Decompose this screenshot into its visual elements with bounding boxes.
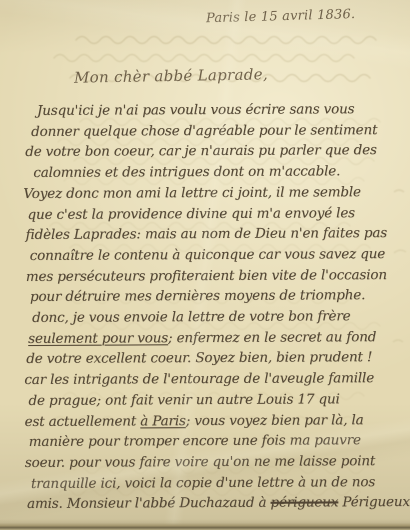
letter-salutation: Mon chèr abbé Laprade, — [74, 65, 268, 86]
letter-line: est actuellement à Paris; vous voyez bie… — [25, 410, 403, 433]
letter-page: Paris le 15 avril 1836. Mon chèr abbé La… — [0, 0, 410, 530]
letter-text-segment: est actuellement — [25, 413, 141, 430]
letter-dateline: Paris le 15 avril 1836. — [206, 7, 366, 26]
paper-bottom-edge — [0, 519, 410, 530]
letter-text-segment: ; enfermez en le secret au fond — [168, 329, 376, 346]
letter-text-segment: donner quelque chose d'agréable pour le … — [31, 122, 377, 140]
letter-text-segment: périgueux — [270, 495, 338, 511]
letter-line: amis. Monsieur l'abbé Duchazaud à périgu… — [25, 492, 403, 515]
letter-line: manière pour tromper encore une fois ma … — [25, 430, 403, 453]
letter-text-segment: connaître le contenu à quiconque car vou… — [30, 246, 385, 264]
letter-text-segment: donc, je vous envoie la lettre de votre … — [32, 308, 351, 326]
letter-text-segment: Périgueux — [338, 494, 410, 510]
letter-line: calomnies et des intrigues dont on m'acc… — [23, 161, 401, 184]
letter-text-segment: de votre bon coeur, car je n'aurais pu p… — [25, 143, 377, 161]
letter-body: Jusqu'ici je n'ai pas voulu vous écrire … — [23, 99, 403, 515]
letter-text-segment: car les intrigants de l'entourage de l'a… — [24, 370, 374, 388]
letter-line: fidèles Laprades: mais au nom de Dieu n'… — [24, 223, 402, 246]
letter-line: de prague; ont fait venir un autre Louis… — [24, 389, 402, 412]
letter-line: donc, je vous envoie la lettre de votre … — [24, 306, 402, 329]
letter-text-segment: manière pour tromper encore une fois ma … — [29, 432, 361, 450]
letter-line: mes persécuteurs profiteraient bien vite… — [24, 265, 402, 288]
letter-line: soeur. pour vous faire voire qu'on ne me… — [25, 451, 403, 474]
letter-text-segment: que c'est la providence divine qui m'a e… — [27, 205, 355, 223]
letter-text-segment: mes persécuteurs profiteraient bien vite… — [26, 267, 387, 285]
letter-text-segment: pour détruire mes dernières moyens de tr… — [30, 288, 365, 306]
letter-text-segment: de prague; ont fait venir un autre Louis… — [28, 391, 339, 409]
letter-text-segment: ; vous voyez bien par là, la — [186, 412, 364, 429]
letter-text-segment: tranquille ici, voici la copie d'une let… — [31, 474, 375, 492]
letter-line: car les intrigants de l'entourage de l'a… — [24, 368, 402, 391]
letter-text-segment: amis. Monsieur l'abbé Duchazaud à — [27, 495, 271, 512]
letter-line: de votre excellent coeur. Soyez bien, bi… — [24, 347, 402, 370]
letter-text-segment: fidèles Laprades: mais au nom de Dieu n'… — [26, 225, 388, 243]
letter-line: Voyez donc mon ami la lettre ci joint, i… — [23, 182, 401, 205]
letter-line: connaître le contenu à quiconque car vou… — [24, 244, 402, 267]
letter-line: seulement pour vous; enfermez en le secr… — [24, 327, 402, 350]
letter-text-segment: soeur. pour vous faire voire qu'on ne me… — [25, 453, 375, 471]
letter-text-segment: seulement pour vous — [28, 330, 168, 347]
letter-text-segment: Jusqu'ici je n'ai pas voulu vous écrire … — [37, 101, 354, 119]
letter-text-segment: Voyez donc mon ami la lettre ci joint, i… — [23, 184, 361, 202]
letter-line: que c'est la providence divine qui m'a e… — [23, 203, 401, 226]
letter-text-segment: calomnies et des intrigues dont on m'acc… — [33, 163, 340, 181]
letter-text-segment: de votre excellent coeur. Soyez bien, bi… — [26, 350, 372, 368]
letter-line: pour détruire mes dernières moyens de tr… — [24, 285, 402, 308]
letter-line: Jusqu'ici je n'ai pas voulu vous écrire … — [23, 99, 401, 122]
letter-line: donner quelque chose d'agréable pour le … — [23, 120, 401, 143]
letter-text-segment: à Paris — [140, 413, 186, 429]
letter-line: de votre bon coeur, car je n'aurais pu p… — [23, 140, 401, 163]
letter-line: tranquille ici, voici la copie d'une let… — [25, 472, 403, 495]
